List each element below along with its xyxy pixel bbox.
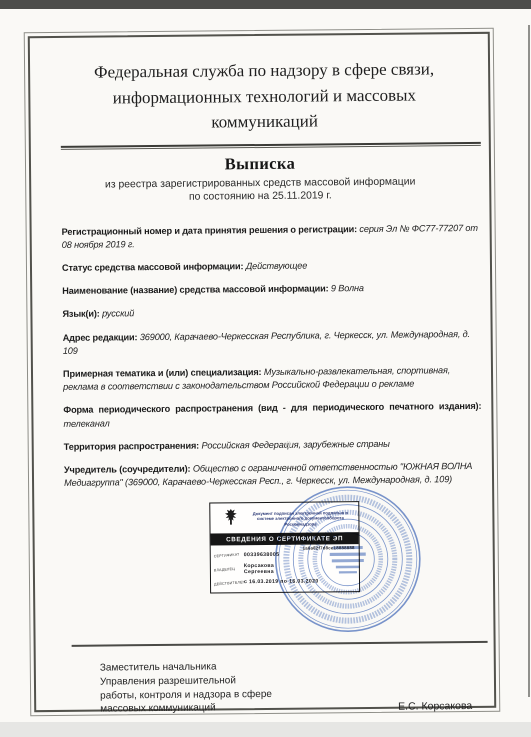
field-label: Территория распространения: (64, 440, 199, 451)
field-value: Российская Федерация, зарубежные страны (201, 439, 389, 451)
state-eagle-icon (213, 508, 247, 530)
field-value: телеканал (63, 418, 109, 428)
certificate-row-label: Сертификат (214, 552, 244, 558)
field-label: Регистрационный номер и дата принятия ре… (62, 224, 357, 237)
certificate-row-label: Владелец (214, 566, 244, 572)
field-subject-specialization: Примерная тематика и (или) специализация… (63, 364, 481, 394)
round-official-seal-icon (272, 484, 423, 635)
certificate-row-value: Корсакова Сергеевна (244, 563, 274, 576)
page-border-frame-inner: Федеральная служба по надзору в сфере св… (28, 32, 496, 712)
scanner-edge-band (0, 0, 531, 9)
scan-artifact: ü (285, 439, 294, 450)
field-label: Статус средства массовой информации: (62, 261, 244, 273)
scan-edge-line (528, 25, 530, 697)
field-status: Статус средства массовой информации: Дей… (62, 258, 480, 275)
agency-name: Федеральная служба по надзору в сфере св… (62, 56, 467, 136)
field-media-name: Наименование (название) средства массово… (62, 281, 480, 298)
certificate-row-label: Действителен (214, 580, 244, 586)
field-label: Примерная тематика и (или) специализация… (63, 367, 262, 379)
signatory-name: Е.С. Корсакова (398, 700, 472, 714)
signature-block: Заместитель начальника Управления разреш… (100, 658, 473, 716)
field-editorial-address: Адрес редакции: 369000, Карачаево-Черкес… (63, 327, 481, 357)
field-distribution-form: Форма периодического распространения (ви… (63, 400, 481, 430)
official-title-line: работы, контроля и надзора в сфере (100, 687, 272, 702)
field-languages: Язык(и): русский (62, 304, 480, 321)
stamp-area: Документ подписан электронной подписью в… (34, 496, 493, 640)
field-value: Действующее (246, 260, 307, 271)
document-content: Федеральная служба по надзору в сфере св… (30, 56, 494, 732)
footer-divider (72, 641, 488, 647)
header-divider (61, 141, 481, 149)
page-border-frame: Федеральная служба по надзору в сфере св… (24, 28, 501, 716)
official-title-line: массовых коммуникаций (100, 701, 272, 716)
field-label: Учредитель (соучредители): (64, 464, 191, 475)
field-label: Язык(и): (62, 309, 99, 319)
field-registration-number: Регистрационный номер и дата принятия ре… (62, 221, 480, 251)
field-label: Адрес редакции: (63, 332, 138, 343)
field-value: русский (102, 309, 134, 319)
field-value: 9 Волна (331, 283, 364, 293)
field-label: Наименование (название) средства массово… (62, 283, 328, 296)
field-label: Форма периодического распространения (ви… (63, 401, 481, 415)
scanned-document: Федеральная служба по надзору в сфере св… (0, 0, 531, 737)
document-title: Выписка (31, 151, 489, 175)
official-title: Заместитель начальника Управления разреш… (100, 660, 272, 716)
field-distribution-territory: Территория распространения: Российская Ф… (64, 437, 482, 454)
registry-fields: Регистрационный номер и дата принятия ре… (62, 221, 483, 490)
